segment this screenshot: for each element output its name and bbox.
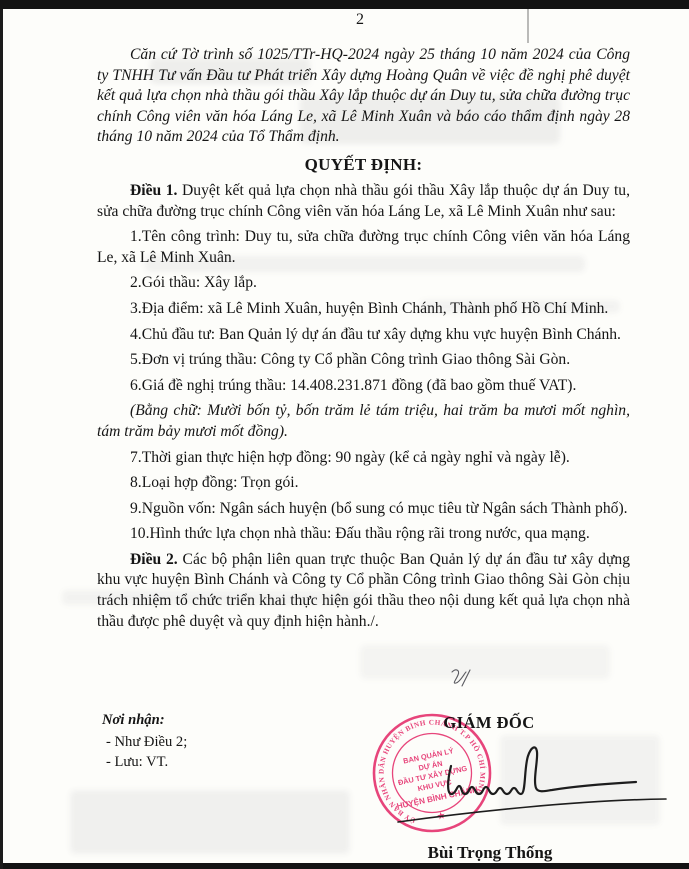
article-item-5: 5.Đơn vị trúng thầu: Công ty Cổ phần Côn… [97,350,630,371]
article-item-6: 6.Giá đề nghị trúng thầu: 14.408.231.871… [97,376,630,397]
bleedthrough-artifact [70,790,350,854]
recipients-label: Nơi nhận: [102,710,187,730]
article-2-text: Các bộ phận liên quan trực thuộc Ban Quả… [97,551,630,630]
article-item-4: 4.Chủ đầu tư: Ban Quản lý dự án đầu tư x… [97,325,630,346]
document-page: 2 Căn cứ Tờ trình số 1025/TTr-HQ-2024 ng… [0,0,689,869]
article-item-8: 8.Loại hợp đồng: Trọn gói. [97,473,630,494]
article-1-paragraph: Điều 1. Duyệt kết quả lựa chọn nhà thầu … [97,181,630,222]
article-2-paragraph: Điều 2. Các bộ phận liên quan trực thuộc… [97,550,630,632]
article-1-label: Điều 1. [130,182,177,199]
signature-underline-swoosh [398,799,666,822]
article-item-10: 10.Hình thức lựa chọn nhà thầu: Đấu thầu… [97,524,630,545]
page-number: 2 [330,11,390,29]
article-item-2: 2.Gói thầu: Xây lắp. [97,273,630,294]
document-body: Căn cứ Tờ trình số 1025/TTr-HQ-2024 ngày… [97,45,630,637]
amount-in-words: (Bằng chữ: Mười bốn tỷ, bốn trăm lẻ tám … [97,401,630,442]
director-name: Bùi Trọng Thống [395,843,585,863]
article-item-9: 9.Nguồn vốn: Ngân sách huyện (bổ sung có… [97,499,630,520]
article-1-text: Duyệt kết quả lựa chọn nhà thầu gói thầu… [97,182,630,220]
article-item-7: 7.Thời gian thực hiện hợp đồng: 90 ngày … [97,448,630,469]
article-item-3: 3.Địa điểm: xã Lê Minh Xuân, huyện Bình … [97,299,630,320]
decision-heading: QUYẾT ĐỊNH: [97,155,630,175]
preamble-paragraph: Căn cứ Tờ trình số 1025/TTr-HQ-2024 ngày… [97,45,630,148]
article-item-1: 1.Tên công trình: Duy tu, sửa chữa đường… [97,227,630,268]
article-2-label: Điều 2. [130,551,178,568]
scan-artifact-line [527,9,529,43]
handwritten-initials-mark [446,664,476,692]
signature-stroke [448,747,636,794]
bleedthrough-artifact [360,645,610,679]
scan-border-bottom [0,863,689,869]
scan-border-top [0,0,689,9]
scan-border-left [0,9,3,869]
recipients-block: Nơi nhận: - Như Điều 2; - Lưu: VT. [102,710,187,772]
recipient-line-2: - Lưu: VT. [102,752,187,772]
recipient-line-1: - Như Điều 2; [102,732,187,752]
signature-strokes [350,725,680,840]
